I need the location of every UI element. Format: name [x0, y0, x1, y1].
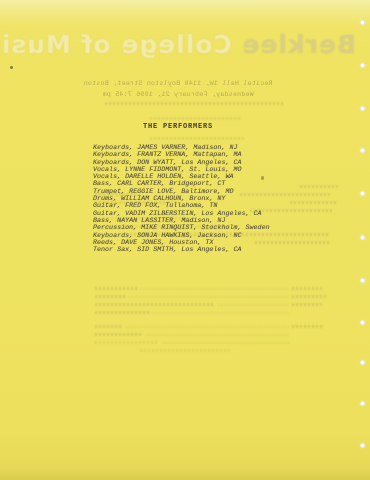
bleed-smudge — [290, 201, 336, 204]
bleed-smudge — [292, 303, 322, 306]
bleed-smudge — [95, 295, 125, 298]
bleed-smudge — [292, 287, 322, 290]
bleed-smudge — [150, 137, 246, 140]
binding-hole — [360, 191, 365, 196]
bleed-date-line: Wednesday, February 21, 1996 7:45 pm — [0, 91, 356, 98]
page-title: THE PERFORMERS — [0, 123, 356, 131]
performer-row: Tenor Sax, SID SMITH, Los Angeles, CA — [93, 247, 270, 254]
bleed-smudge — [292, 295, 326, 298]
ink-speck — [10, 66, 13, 69]
ink-speck — [261, 176, 264, 180]
bleed-logo-primary-text: Berklee — [242, 30, 356, 59]
binding-hole — [360, 235, 365, 240]
bleed-smudge — [95, 303, 215, 306]
performer-instrument: Tenor Sax, — [93, 246, 137, 254]
bleed-smudge — [95, 311, 150, 314]
bleed-smudge — [140, 349, 230, 352]
bleed-smudge — [162, 342, 290, 344]
binding-hole — [360, 148, 365, 153]
bleed-smudge — [140, 288, 290, 290]
bleed-smudge — [95, 325, 123, 328]
performer-name: SID SMITH, — [137, 246, 181, 254]
performers-list: Keyboards, JAMES VARNER, Madison, NJ Key… — [93, 145, 270, 254]
binding-hole — [360, 106, 365, 111]
bleed-smudge — [126, 326, 290, 328]
bleed-smudge — [128, 296, 290, 298]
bleed-smudge — [292, 325, 324, 328]
bleed-logo-secondary-text: College of Music — [0, 30, 242, 59]
binding-hole — [360, 278, 365, 283]
performer-location: Los Angeles, CA — [181, 246, 241, 254]
bleed-smudge — [146, 334, 290, 336]
binding-hole — [360, 401, 365, 406]
binding-hole — [360, 320, 365, 325]
scanned-program-page: Berklee College of Music Recital Hall 1W… — [0, 0, 370, 480]
bleed-smudge — [150, 117, 242, 120]
bleed-smudge — [95, 341, 159, 344]
bleed-smudge — [152, 312, 290, 314]
bleed-smudge — [105, 102, 285, 105]
bleed-smudge — [95, 287, 137, 290]
binding-hole — [360, 63, 365, 68]
bleed-berklee-logo: Berklee College of Music — [0, 30, 356, 59]
bleed-smudge — [300, 185, 338, 188]
bleed-venue-line: Recital Hall 1W, 1140 Boylston Street, B… — [0, 80, 356, 87]
binding-hole — [360, 20, 365, 25]
binding-hole — [360, 360, 365, 365]
bleed-smudge — [218, 304, 290, 306]
bleed-smudge — [95, 333, 143, 336]
binding-hole — [360, 443, 365, 448]
